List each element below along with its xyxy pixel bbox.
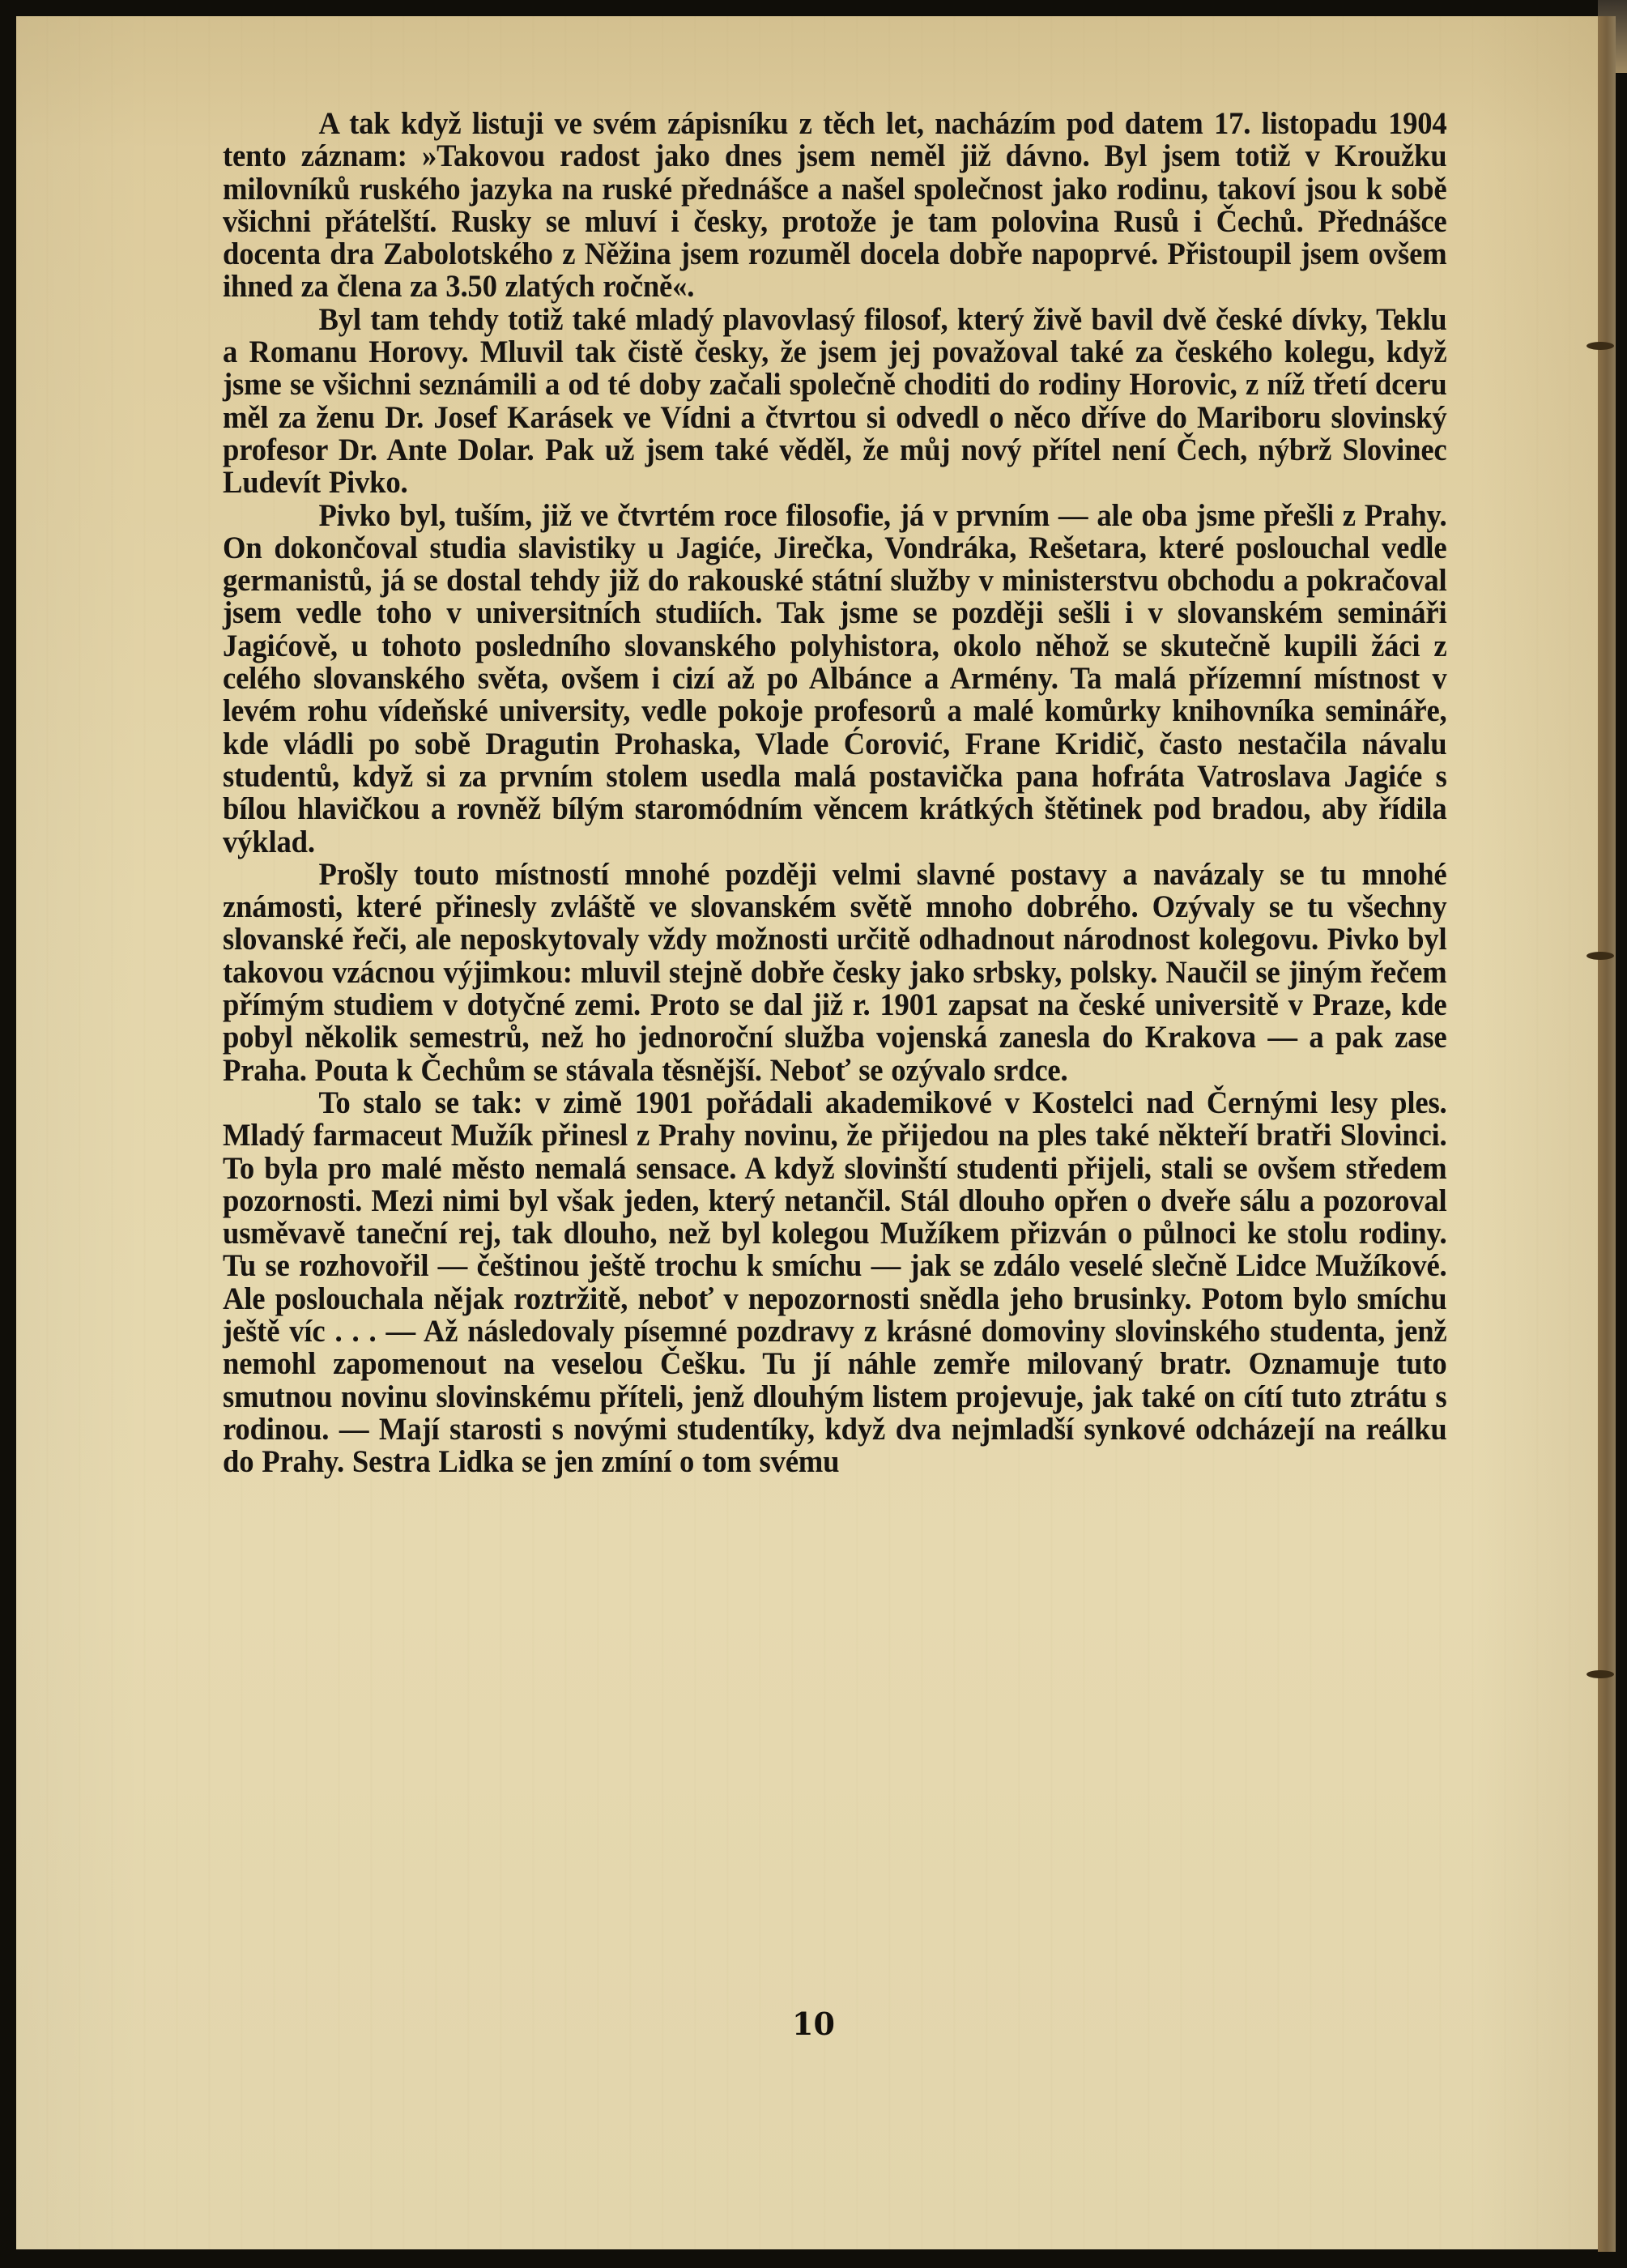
- paragraph: Prošly touto místností mnohé později vel…: [223, 859, 1447, 1087]
- binding-stitch-mark: [1587, 952, 1614, 960]
- page-number: 10: [0, 2006, 1627, 2042]
- page-binding-edge: [1598, 16, 1616, 2252]
- paragraph: A tak když listuji ve svém zápisníku z t…: [223, 108, 1447, 304]
- binding-stitch-mark: [1587, 342, 1614, 350]
- binding-stitch-mark: [1587, 1670, 1614, 1678]
- paragraph: Byl tam tehdy totiž také mladý plavovlas…: [223, 304, 1447, 500]
- body-text: A tak když listuji ve svém zápisníku z t…: [223, 108, 1447, 1478]
- paragraph: Pivko byl, tuším, již ve čtvrtém roce fi…: [223, 500, 1447, 859]
- paragraph: To stalo se tak: v zimě 1901 pořádali ak…: [223, 1087, 1447, 1479]
